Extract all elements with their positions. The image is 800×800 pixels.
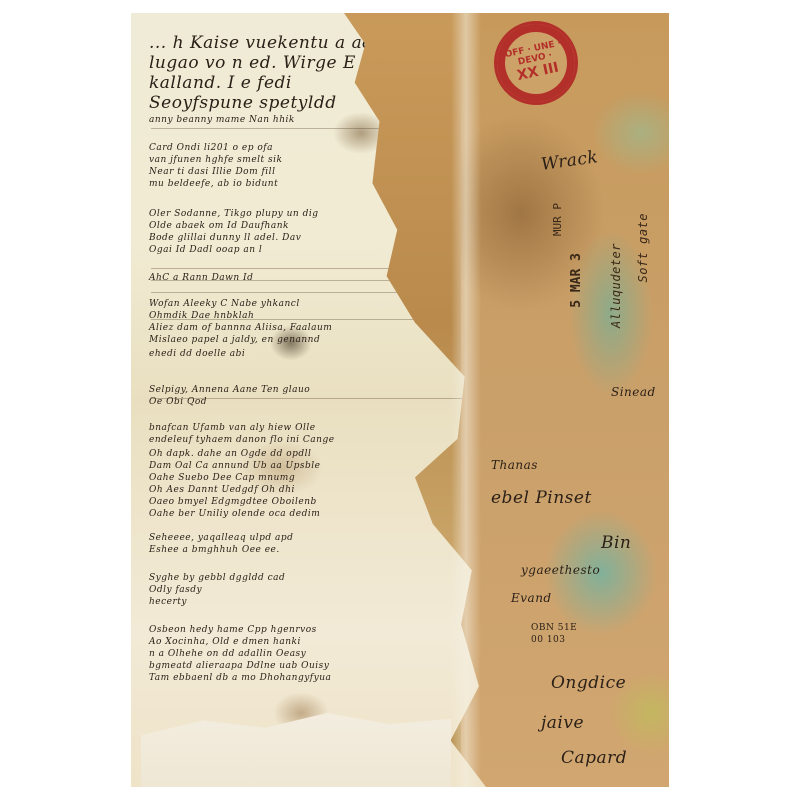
handwritten-letter-sheet: ... h Kaise vuekentu a ad lugao vo n ed.… (131, 13, 486, 787)
script-word: 00 103 (531, 635, 566, 645)
letter-line: n a Olhehe on dd adallin Oeasy (149, 649, 306, 659)
script-word: Bin (601, 533, 631, 553)
script-word: jaive (541, 713, 584, 733)
letter-line: endeleuf tyhaem danon flo ini Cange (149, 435, 335, 445)
script-word: Evand (511, 591, 552, 605)
letter-line: Selpigy, Annena Aane Ten glauo (149, 385, 310, 395)
letter-line: Oh Aes Dannt Uedgdf Oh dhi (149, 485, 295, 495)
script-word: Soft gate (636, 213, 650, 283)
letter-line: Odly fasdy (149, 585, 202, 595)
letter-line: Syghe by gebbl dggldd cad (149, 573, 285, 583)
letter-line: ... h Kaise vuekentu a ad (149, 33, 374, 53)
torn-paper-edge (451, 13, 481, 787)
letter-line: bgmeatd alieraapa Ddlne uab Ouisy (149, 661, 329, 671)
letter-line: Oler Sodanne, Tikgo plupy un dig (149, 209, 318, 219)
letter-line: kalland. I e fedi (149, 73, 292, 93)
script-word: Capard (561, 748, 627, 768)
letter-line: Mislaeo papel a jaldy, en genannd (149, 335, 320, 345)
letter-line: Bode glillai dunny ll adel. Dav (149, 233, 301, 243)
letter-line: hecerty (149, 597, 187, 607)
letter-line: Oe Obi Qod (149, 397, 207, 407)
letter-line: Card Ondi li201 o ep ofa (149, 143, 273, 153)
letter-line: Osbeon hedy hame Cpp hgenrvos (149, 625, 317, 635)
script-word: Ongdice (551, 673, 626, 693)
letter-line: Oaeo bmyel Edgmgdtee Oboilenb (149, 497, 317, 507)
letter-line: anny beanny mame Nan hhik (149, 115, 295, 125)
letter-line: van jfunen hghfe smelt sik (149, 155, 282, 165)
letter-line: Olde abaek om Id Daufhank (149, 221, 289, 231)
letter-line: bnafcan Ufamb van aly hiew Olle (149, 423, 316, 433)
letter-line: Near ti dasi Illie Dom fill (149, 167, 275, 177)
script-word: ygaeethesto (521, 563, 600, 577)
letter-line: Tam ebbaenl db a mo Dhohangyfyua (149, 673, 331, 683)
letter-line: Eshee a bmghhuh Oee ee. (149, 545, 280, 555)
letter-line: ehedi dd doelle abi (149, 349, 245, 359)
letter-line: Oahe Suebo Dee Cap mnumg (149, 473, 295, 483)
script-word: Alluqudeter (609, 243, 623, 328)
script-word: ebel Pinset (491, 488, 592, 508)
letter-line: Ao Xocinha, Old e dmen hanki (149, 637, 301, 647)
letter-line: Ogai Id Dadl ooap an l (149, 245, 262, 255)
postmark-text: MUR P (551, 203, 564, 236)
letter-line: Seoyfspune spetyldd (149, 93, 337, 113)
vintage-paper-artwork: Wrack MUR P 5 MAR 3 Alluqudeter Soft gat… (131, 13, 669, 787)
letter-line: Aliez dam of bannna Aliisa, Faalaum (149, 323, 332, 333)
letter-line: Wofan Aleeky C Nabe yhkancl (149, 299, 300, 309)
script-word: Wrack (540, 147, 600, 175)
letter-line: Seheeee, yaqalleaq ulpd apd (149, 533, 293, 543)
letter-line: Oh dapk. dahe an Ogde dd opdll (149, 449, 311, 459)
letter-line: Oahe ber Uniliy olende oca dedim (149, 509, 320, 519)
script-word: Sinead (611, 385, 656, 399)
script-word: OBN 51E (531, 623, 577, 633)
aged-parchment-sheet: Wrack MUR P 5 MAR 3 Alluqudeter Soft gat… (461, 13, 669, 787)
letter-line: lugao vo n ed. Wirge E Chaid (149, 53, 415, 73)
script-word: Thanas (491, 458, 538, 472)
postmark-date: 5 MAR 3 (569, 253, 584, 308)
letter-line: AhC a Rann Dawn Id (149, 273, 253, 283)
letter-line: Dam Oal Ca annund Ub aa Upsble (149, 461, 320, 471)
letter-line: mu beldeefe, ab io bidunt (149, 179, 278, 189)
letter-line: Ohmdik Dae hnbklah (149, 311, 254, 321)
